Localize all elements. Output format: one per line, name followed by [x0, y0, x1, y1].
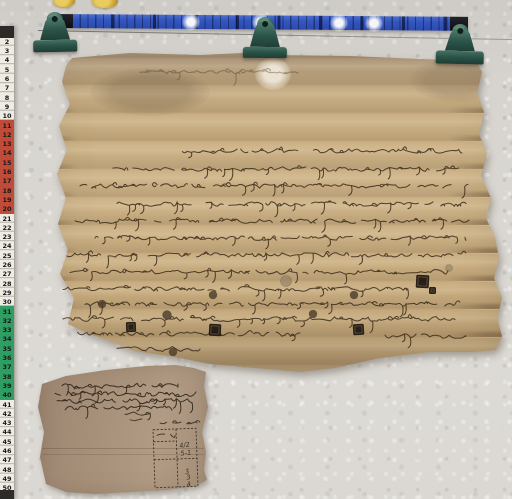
ruler-number: 9 [0, 103, 14, 111]
ruler-number: 6 [0, 75, 14, 83]
photo-stage: 2345678910111213141516171819202122232425… [0, 0, 512, 499]
ruler-number: 41 [0, 401, 14, 409]
clip-hole [457, 28, 463, 34]
yellow-object-right [92, 0, 118, 8]
ruler-number: 50 [0, 484, 14, 492]
ruler-number: 15 [0, 159, 14, 167]
ruler-number: 8 [0, 94, 14, 102]
tape-glare [182, 13, 200, 31]
ruler-number: 34 [0, 335, 14, 343]
ruler-number: 31 [0, 308, 14, 316]
ruler-number: 36 [0, 354, 14, 362]
ruler-number: 46 [0, 447, 14, 455]
ruler-number: 39 [0, 382, 14, 390]
tape-glare [330, 14, 348, 32]
ruler-number: 5 [0, 66, 14, 74]
clip-jaw [436, 50, 484, 64]
ruler-number: 7 [0, 84, 14, 92]
clip-jaw [243, 47, 287, 58]
manuscript-paper [50, 46, 505, 378]
ruler-number: 13 [0, 140, 14, 148]
bulldog-clip [33, 12, 78, 55]
slip-paper [36, 362, 212, 496]
stain-top-left [90, 68, 210, 116]
catalogue-slip [36, 362, 212, 496]
ruler-number: 17 [0, 177, 14, 185]
clip-jaw [33, 40, 77, 53]
ruler-number: 29 [0, 289, 14, 297]
ruler-number: 47 [0, 456, 14, 464]
ruler-number: 12 [0, 131, 14, 139]
ruler-number: 11 [0, 122, 14, 130]
ruler-number: 22 [0, 224, 14, 232]
ruler-number: 24 [0, 242, 14, 250]
tape-glare [365, 14, 383, 32]
ruler-number: 25 [0, 252, 14, 260]
ruler-number: 23 [0, 233, 14, 241]
ruler-number: 14 [0, 149, 14, 157]
slip-creases [42, 448, 204, 458]
ruler-number: 40 [0, 391, 14, 399]
ruler-number: 38 [0, 373, 14, 381]
ruler-number: 27 [0, 270, 14, 278]
ruler-number: 37 [0, 363, 14, 371]
ruler-number: 32 [0, 317, 14, 325]
bulldog-clip [436, 24, 485, 67]
left-edge-fold-shadows [50, 86, 76, 358]
ruler-number: 45 [0, 438, 14, 446]
ruler-number: 48 [0, 466, 14, 474]
damage-patch-top-center [255, 58, 291, 90]
side-measuring-tape: 2345678910111213141516171819202122232425… [0, 26, 15, 499]
fold-ribbing [50, 46, 505, 378]
ruler-number: 16 [0, 168, 14, 176]
ruler-number: 44 [0, 428, 14, 436]
manuscript-sheet [50, 46, 505, 378]
ruler-number: 21 [0, 215, 14, 223]
ruler-number: 33 [0, 326, 14, 334]
ruler-number: 49 [0, 475, 14, 483]
ruler-end-cap-top [0, 26, 14, 38]
ruler-number: 18 [0, 187, 14, 195]
right-edge-fold-shadows [447, 86, 505, 370]
ruler-number: 19 [0, 196, 14, 204]
ruler-number: 20 [0, 205, 14, 213]
clip-hole [52, 16, 58, 22]
ruler-number: 3 [0, 47, 14, 55]
ruler-number: 26 [0, 261, 14, 269]
yellow-object-left [53, 0, 75, 7]
clip-hole [262, 21, 268, 27]
ruler-number: 42 [0, 410, 14, 418]
ruler-number: 30 [0, 298, 14, 306]
bulldog-clip [243, 17, 287, 60]
ruler-number: 35 [0, 345, 14, 353]
ruler-number: 28 [0, 280, 14, 288]
ruler-number: 4 [0, 56, 14, 64]
ruler-number: 10 [0, 112, 14, 120]
ruler-number: 43 [0, 419, 14, 427]
ruler-number: 2 [0, 38, 14, 46]
